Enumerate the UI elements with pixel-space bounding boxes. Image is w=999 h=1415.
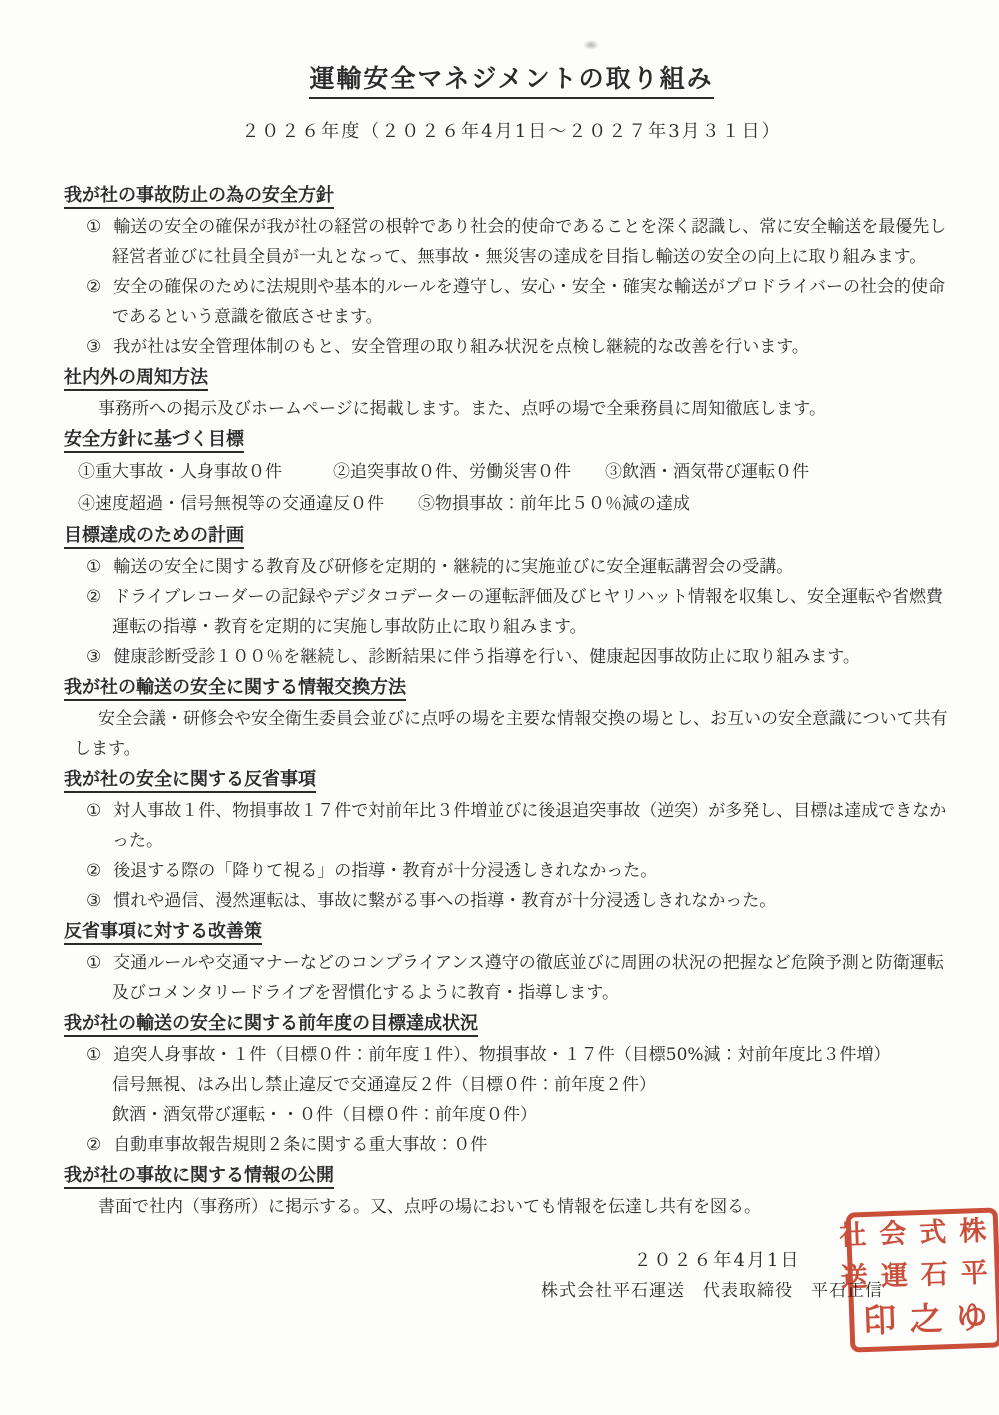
item-number: ③ — [86, 337, 101, 357]
item-text: 信号無視、はみ出し禁止違反で交通違反２件（目標０件：前年度２件） — [112, 1075, 656, 1095]
item-number: ① — [86, 953, 101, 973]
list-item: ①交通ルールや交通マナーなどのコンプライアンス遵守の徹底並びに周囲の状況の把握な… — [64, 948, 959, 1008]
company-seal-text: 株式会社 平石運送 ゆ之印 — [855, 1216, 993, 1345]
section-heading-achievement-plan: 目標達成のための計画 — [64, 524, 959, 548]
item-text: 輸送の安全の確保が我が社の経営の根幹であり社会的使命であることを深く認識し、常に… — [112, 217, 946, 267]
list-item-continuation: 飲酒・酒気帯び運転・・０件（目標０件：前年度０件） — [64, 1100, 959, 1130]
item-text: 輸送の安全に関する教育及び研修を定期的・継続的に実施並びに安全運転講習会の受講。 — [113, 557, 793, 577]
list-item: ①輸送の安全の確保が我が社の経営の根幹であり社会的使命であることを深く認識し、常… — [64, 212, 959, 272]
section-body: 安全会議・研修会や安全衛生委員会並びに点呼の場を主要な情報交換の場とし、お互いの… — [74, 704, 959, 764]
item-text: 健康診断受診１００％を継続し、診断結果に伴う指導を行い、健康起因事故防止に取り組… — [113, 647, 860, 667]
goals-line: ①重大事故・人身事故０件 ②追突事故０件、労働災害０件 ③飲酒・酒気帯び運転０件 — [78, 456, 959, 488]
list-item: ①対人事故１件、物損事故１７件で対前年比３件増並びに後退追突事故（逆突）が多発し… — [64, 796, 959, 856]
section-heading-reflection-points: 我が社の安全に関する反省事項 — [64, 768, 959, 792]
list-item: ②安全の確保のために法規則や基本的ルールを遵守し、安心・安全・確実な輸送がプロド… — [64, 272, 959, 332]
seal-column-2: 平石運送 — [856, 1257, 991, 1303]
list-item: ①輸送の安全に関する教育及び研修を定期的・継続的に実施並びに安全運転講習会の受講… — [64, 552, 959, 582]
section-heading-previous-year-results: 我が社の輸送の安全に関する前年度の目標達成状況 — [64, 1012, 959, 1036]
section-heading-information-exchange: 我が社の輸送の安全に関する情報交換方法 — [64, 676, 959, 700]
document-footer: ２０２６年4月1日 株式会社平石運送 代表取締役 平石正信 — [64, 1246, 959, 1306]
item-text: 自動車事故報告規則２条に関する重大事故：０件 — [113, 1135, 487, 1155]
item-text: 安全の確保のために法規則や基本的ルールを遵守し、安心・安全・確実な輸送がプロドラ… — [112, 277, 945, 327]
scan-smudge — [583, 40, 599, 50]
section-body: 事務所への掲示及びホームページに掲載します。また、点呼の場で全乗務員に周知徹底し… — [74, 394, 959, 424]
list-item: ②ドライブレコーダーの記録やデジタコデーターの運転評価及びヒヤリハット情報を収集… — [64, 582, 959, 642]
item-number: ① — [86, 801, 101, 821]
section-heading-information-disclosure: 我が社の事故に関する情報の公開 — [64, 1164, 959, 1188]
item-text: 後退する際の「降りて視る」の指導・教育が十分浸透しきれなかった。 — [113, 861, 657, 881]
item-number: ② — [86, 861, 101, 881]
list-item: ②後退する際の「降りて視る」の指導・教育が十分浸透しきれなかった。 — [64, 856, 959, 886]
goals-line: ④速度超過・信号無視等の交通違反０件 ⑤物損事故：前年比５０％減の達成 — [78, 488, 959, 520]
item-number: ① — [86, 557, 101, 577]
seal-column-3: ゆ之印 — [858, 1299, 993, 1344]
section-heading-safety-policy: 我が社の事故防止の為の安全方針 — [64, 184, 959, 208]
document-title-text: 運輸安全マネジメントの取り組み — [309, 64, 713, 99]
document-content: 運輸安全マネジメントの取り組み ２０２６年度（２０２６年4月1日～２０２７年3月… — [64, 64, 959, 1306]
item-text: ドライブレコーダーの記録やデジタコデーターの運転評価及びヒヤリハット情報を収集し… — [112, 587, 943, 637]
section-body: 書面で社内（事務所）に掲示する。又、点呼の場においても情報を伝達し共有を図る。 — [74, 1192, 959, 1222]
list-item: ②自動車事故報告規則２条に関する重大事故：０件 — [64, 1130, 959, 1160]
section-heading-notification-method: 社内外の周知方法 — [64, 366, 959, 390]
item-text: 交通ルールや交通マナーなどのコンプライアンス遵守の徹底並びに周囲の状況の把握など… — [112, 953, 944, 1003]
item-number: ① — [86, 1045, 101, 1065]
list-item-continuation: 信号無視、はみ出し禁止違反で交通違反２件（目標０件：前年度２件） — [64, 1070, 959, 1100]
item-number: ③ — [86, 647, 101, 667]
item-number: ③ — [86, 891, 101, 911]
item-number: ② — [86, 1135, 101, 1155]
list-item: ③健康診断受診１００％を継続し、診断結果に伴う指導を行い、健康起因事故防止に取り… — [64, 642, 959, 672]
section-heading-improvement-measures: 反省事項に対する改善策 — [64, 920, 959, 944]
item-text: 追突人身事故・１件（目標０件：前年度１件）、物損事故・１７件（目標50%減：対前… — [113, 1045, 890, 1065]
section-heading-safety-goals: 安全方針に基づく目標 — [64, 428, 959, 452]
fiscal-year-subtitle: ２０２６年度（２０２６年4月1日～２０２７年3月３１日） — [64, 120, 959, 144]
document-title: 運輸安全マネジメントの取り組み — [64, 64, 959, 94]
list-item: ①追突人身事故・１件（目標０件：前年度１件）、物損事故・１７件（目標50%減：対… — [64, 1040, 959, 1070]
item-number: ① — [86, 217, 101, 237]
scanned-document-page: 運輸安全マネジメントの取り組み ２０２６年度（２０２６年4月1日～２０２７年3月… — [0, 0, 999, 1415]
item-text: 対人事故１件、物損事故１７件で対前年比３件増並びに後退追突事故（逆突）が多発し、… — [112, 801, 946, 851]
item-text: 慣れや過信、漫然運転は、事故に繋がる事への指導・教育が十分浸透しきれなかった。 — [113, 891, 776, 911]
list-item: ③慣れや過信、漫然運転は、事故に繋がる事への指導・教育が十分浸透しきれなかった。 — [64, 886, 959, 916]
list-item: ③我が社は安全管理体制のもと、安全管理の取り組み状況を点検し継続的な改善を行いま… — [64, 332, 959, 362]
item-text: 我が社は安全管理体制のもと、安全管理の取り組み状況を点検し継続的な改善を行います… — [113, 337, 809, 357]
item-number: ② — [86, 587, 101, 607]
item-number: ② — [86, 277, 101, 297]
item-text: 飲酒・酒気帯び運転・・０件（目標０件：前年度０件） — [112, 1105, 537, 1125]
seal-column-1: 株式会社 — [855, 1216, 990, 1262]
company-seal-stamp: 株式会社 平石運送 ゆ之印 — [846, 1207, 999, 1352]
